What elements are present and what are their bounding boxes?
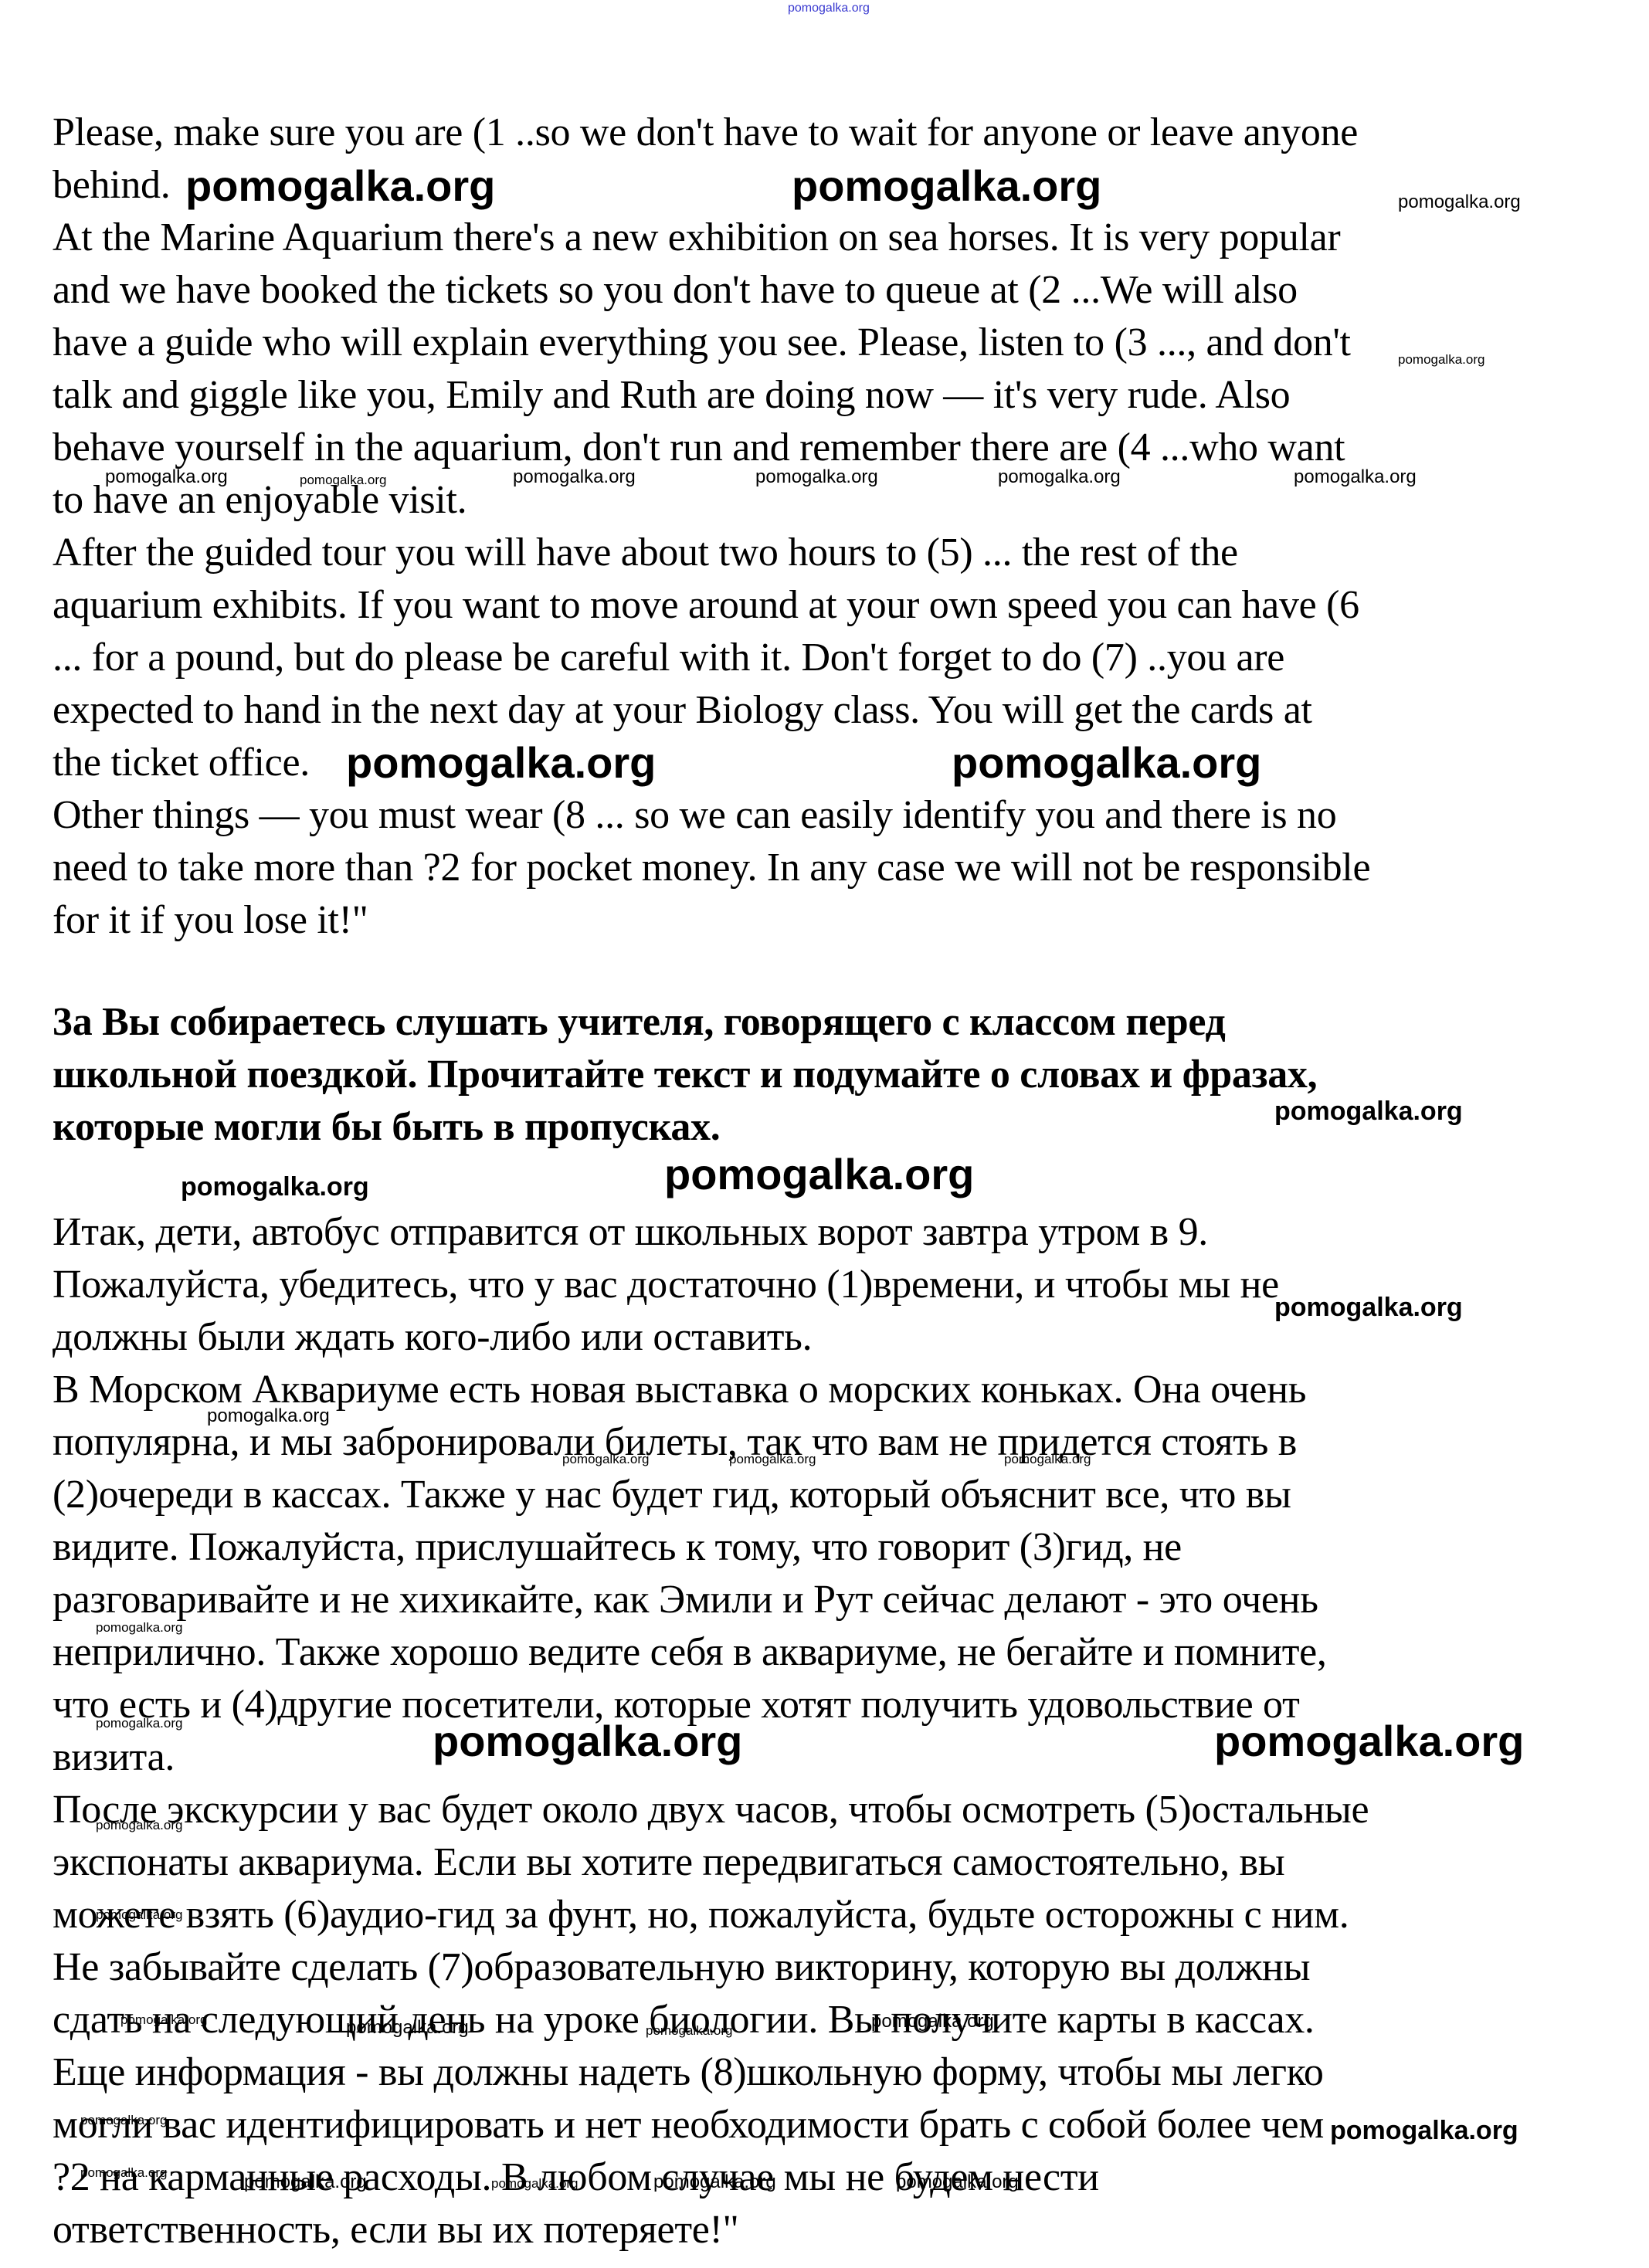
watermark: pomogalka.org — [1398, 192, 1521, 213]
watermark: pomogalka.org — [729, 1452, 816, 1467]
text-line: and we have booked the tickets so you do… — [53, 264, 1298, 317]
watermark: pomogalka.org — [896, 2171, 1019, 2193]
text-line: После экскурсии у вас будет около двух ч… — [53, 1784, 1369, 1836]
watermark: pomogalka.org — [433, 1716, 742, 1766]
watermark: pomogalka.org — [300, 473, 386, 488]
text-line: Пожалуйста, убедитесь, что у вас достато… — [53, 1259, 1279, 1311]
text-line: aquarium exhibits. If you want to move a… — [53, 579, 1359, 632]
watermark: pomogalka.org — [96, 1818, 182, 1833]
watermark: pomogalka.org — [244, 2171, 367, 2193]
text-line: ... for a pound, but do please be carefu… — [53, 632, 1284, 684]
text-line: behind. — [53, 159, 170, 212]
text-line: неприлично. Также хорошо ведите себя в а… — [53, 1626, 1327, 1679]
watermark: pomogalka.org — [952, 737, 1261, 788]
text-line: After the guided tour you will have abou… — [53, 527, 1238, 579]
watermark: pomogalka.org — [96, 1620, 182, 1636]
text-line: визита. — [53, 1731, 175, 1784]
watermark: pomogalka.org — [1274, 1097, 1463, 1127]
watermark: pomogalka.org — [646, 2023, 732, 2039]
watermark: pomogalka.org — [1398, 352, 1484, 368]
text-line: Не забывайте сделать (7)образовательную … — [53, 1941, 1310, 1994]
text-line: (2)очереди в кассах. Также у нас будет г… — [53, 1469, 1291, 1521]
text-line: разговаривайте и не хихикайте, как Эмили… — [53, 1574, 1318, 1626]
watermark: pomogalka.org — [80, 2165, 167, 2181]
text-line: Итак, дети, автобус отправится от школьн… — [53, 1206, 1208, 1259]
text-line: At the Marine Aquarium there's a new exh… — [53, 212, 1340, 264]
watermark: pomogalka.org — [755, 466, 878, 488]
text-line: можете взять (6)аудио-гид за фунт, но, п… — [53, 1889, 1349, 1941]
text-line: ответственность, если вы их потеряете!" — [53, 2204, 738, 2256]
watermark: pomogalka.org — [513, 466, 636, 488]
watermark: pomogalka.org — [181, 1172, 369, 1202]
top-watermark: pomogalka.org — [788, 2, 870, 15]
text-line: должны были ждать кого-либо или оставить… — [53, 1311, 812, 1364]
watermark: pomogalka.org — [1294, 466, 1417, 488]
task-line: 3a Вы собираетесь слушать учителя, говор… — [53, 996, 1226, 1049]
watermark: pomogalka.org — [346, 737, 656, 788]
watermark: pomogalka.org — [346, 2017, 469, 2039]
watermark: pomogalka.org — [1330, 2116, 1518, 2146]
task-line: школьной поездкой. Прочитайте текст и по… — [53, 1049, 1317, 1101]
watermark: pomogalka.org — [96, 1716, 182, 1731]
text-line: need to take more than ?2 for pocket mon… — [53, 842, 1370, 894]
text-line: Еще информация - вы должны надеть (8)шко… — [53, 2046, 1324, 2099]
watermark: pomogalka.org — [1004, 1452, 1091, 1467]
watermark: pomogalka.org — [105, 466, 228, 488]
text-line: видите. Пожалуйста, прислушайтесь к тому… — [53, 1521, 1182, 1574]
text-line: talk and giggle like you, Emily and Ruth… — [53, 369, 1290, 422]
watermark: pomogalka.org — [96, 1907, 182, 1923]
watermark: pomogalka.org — [491, 2176, 578, 2192]
watermark: pomogalka.org — [1214, 1716, 1524, 1766]
task-line: которые могли бы быть в пропусках. — [53, 1101, 721, 1154]
watermark: pomogalka.org — [80, 2113, 167, 2128]
text-line: the ticket office. — [53, 737, 310, 789]
watermark: pomogalka.org — [653, 2171, 776, 2193]
text-line: for it if you lose it!" — [53, 894, 368, 947]
watermark: pomogalka.org — [792, 161, 1101, 211]
text-line: экспонаты аквариума. Если вы хотите пере… — [53, 1836, 1284, 1889]
watermark: pomogalka.org — [1274, 1293, 1463, 1323]
watermark: pomogalka.org — [871, 2011, 994, 2032]
text-line: expected to hand in the next day at your… — [53, 684, 1312, 737]
watermark: pomogalka.org — [120, 2012, 207, 2028]
watermark: pomogalka.org — [664, 1149, 974, 1199]
watermark: pomogalka.org — [207, 1405, 330, 1427]
text-line: Please, make sure you are (1 ..so we don… — [53, 107, 1358, 159]
text-line: have a guide who will explain everything… — [53, 317, 1351, 369]
text-line: Other things — you must wear (8 ... so w… — [53, 789, 1336, 842]
text-line: behave yourself in the aquarium, don't r… — [53, 422, 1345, 474]
watermark: pomogalka.org — [562, 1452, 649, 1467]
watermark: pomogalka.org — [185, 161, 495, 211]
watermark: pomogalka.org — [998, 466, 1121, 488]
text-line: могли вас идентифицировать и нет необход… — [53, 2099, 1324, 2151]
